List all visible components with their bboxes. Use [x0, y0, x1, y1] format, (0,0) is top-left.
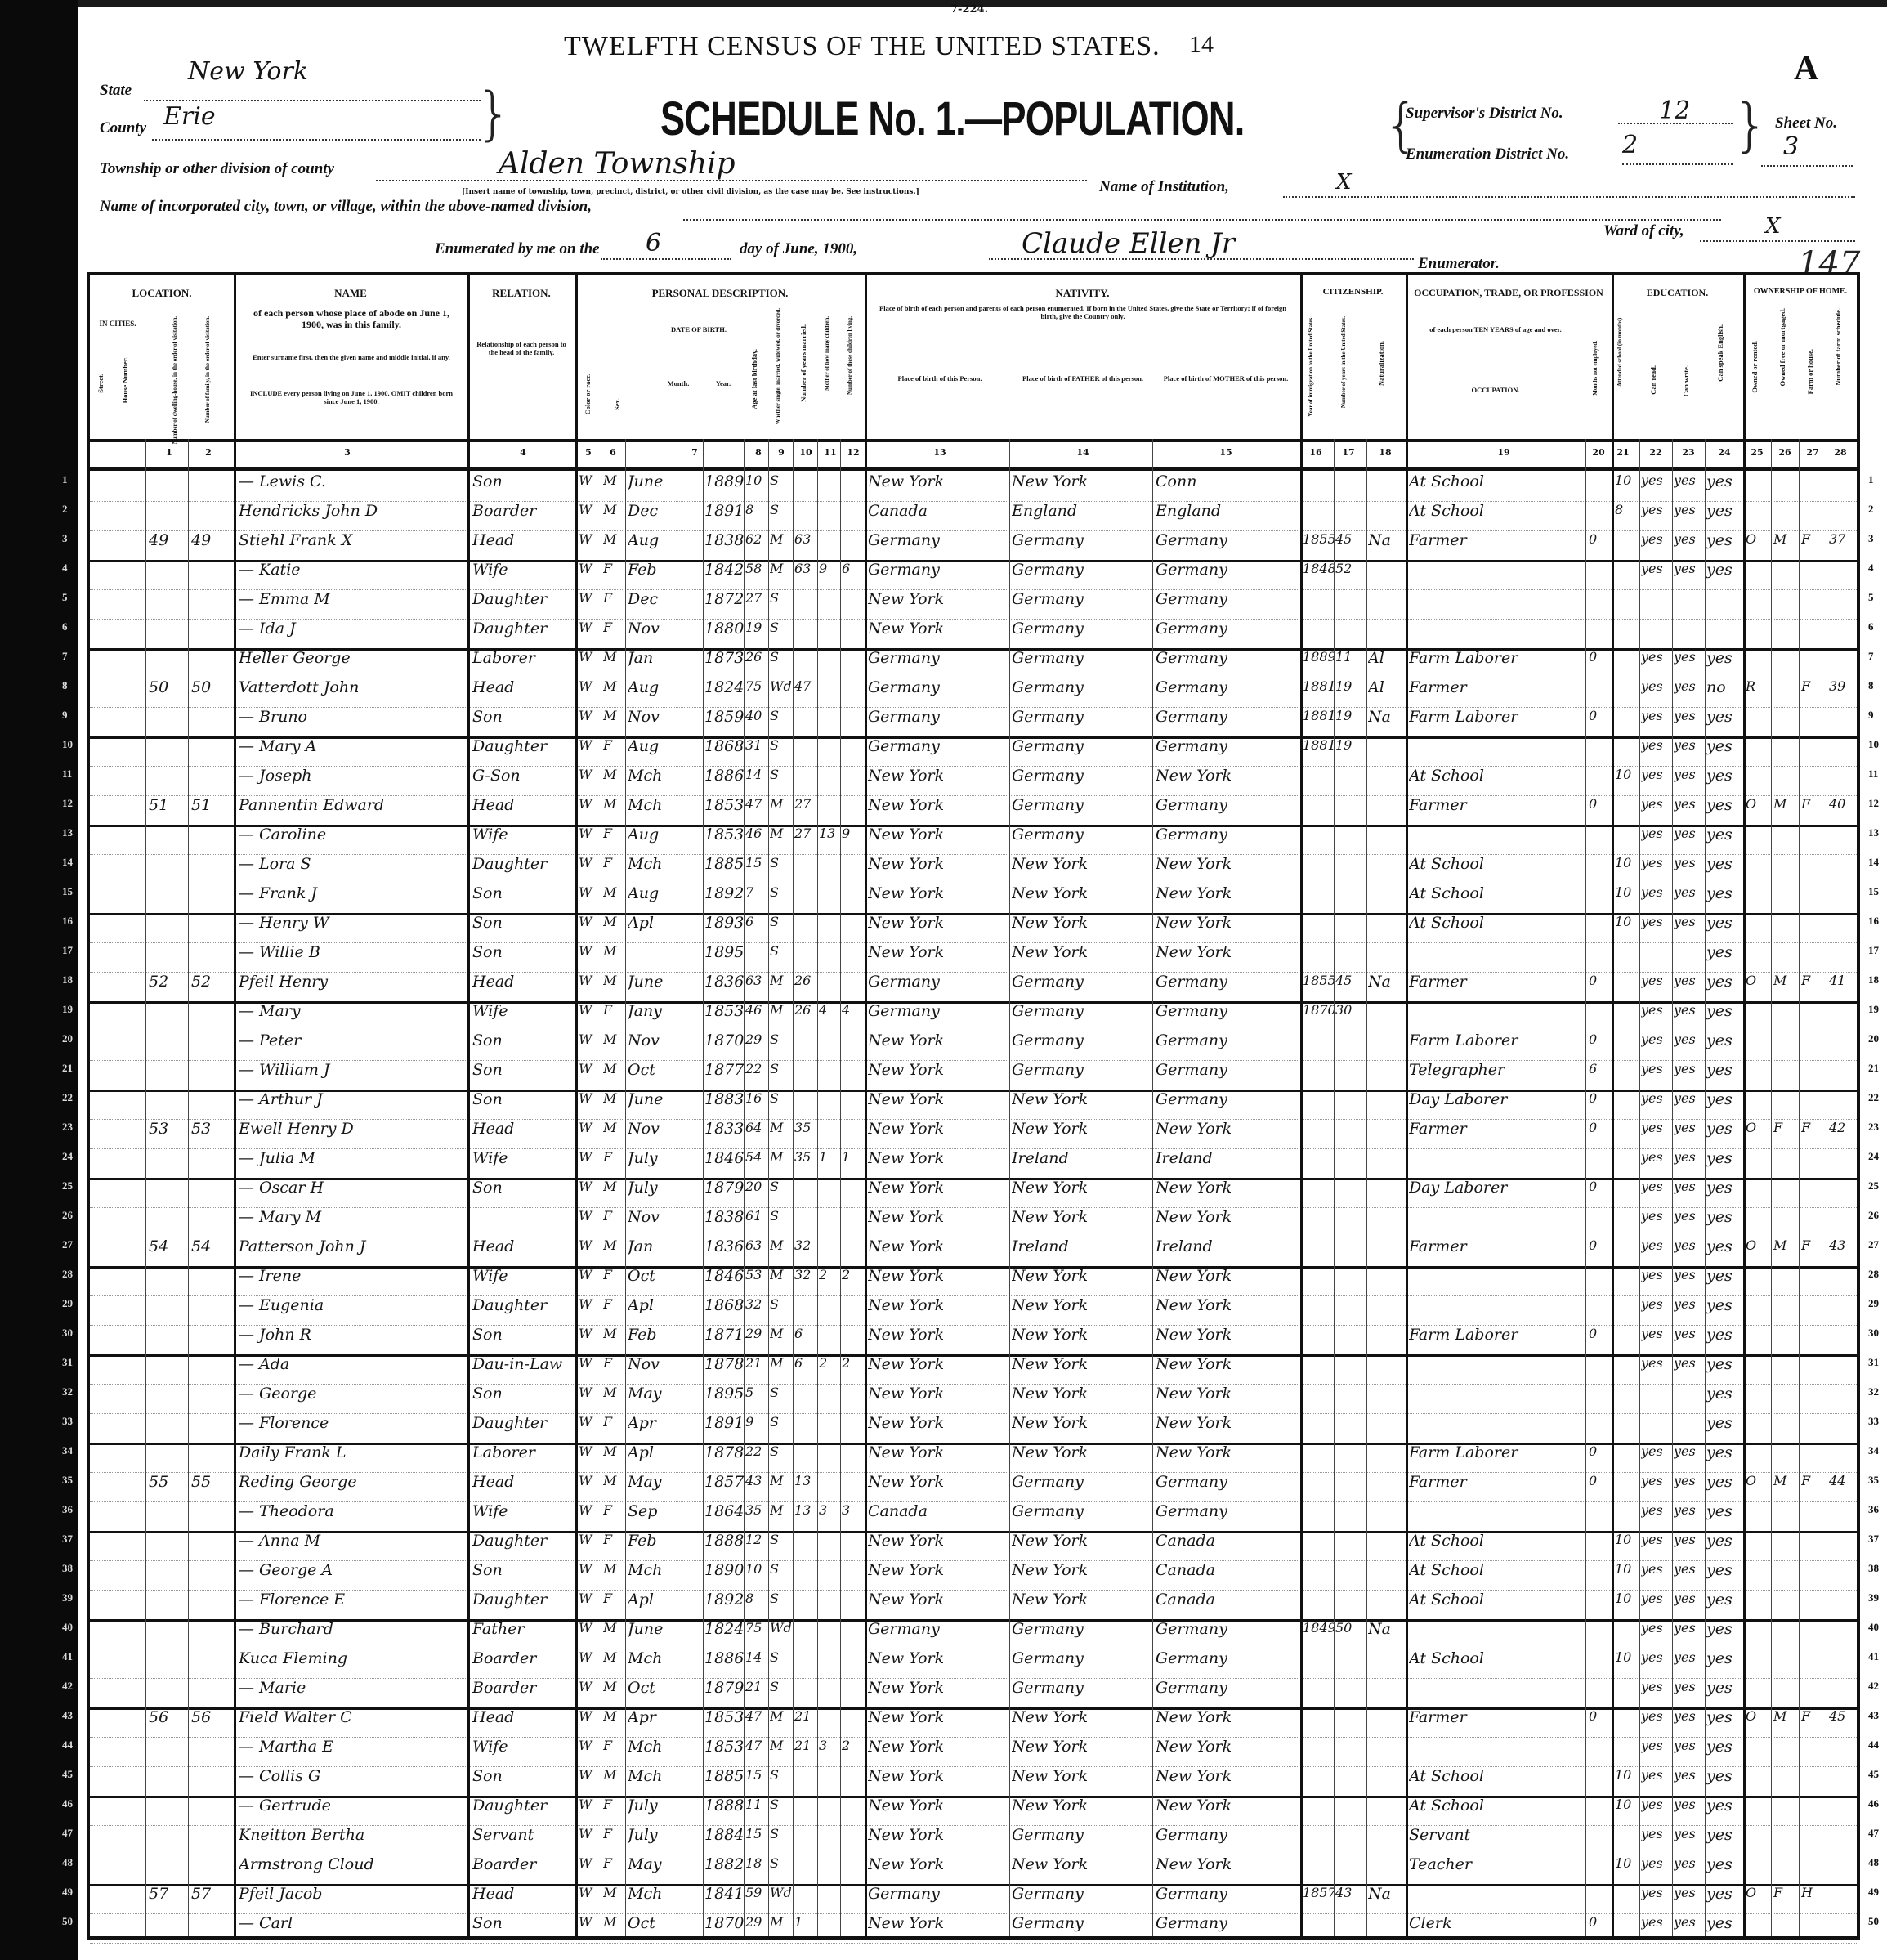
relation: Son — [472, 943, 574, 961]
farm-house: F — [1801, 1237, 1826, 1253]
person-name: — John R — [239, 1326, 466, 1344]
birth-year: 1886 — [704, 767, 744, 785]
col-num: 26 — [1777, 447, 1793, 458]
can-speak-english: yes — [1706, 1473, 1742, 1491]
children-living: 3 — [842, 1502, 863, 1518]
marital-status: S — [770, 1826, 793, 1841]
person-name: Hendricks John D — [239, 502, 466, 520]
line-number-right: 48 — [1868, 1856, 1879, 1869]
can-read: yes — [1641, 1179, 1672, 1194]
sex: M — [603, 678, 624, 694]
birth-year: 1868 — [704, 737, 744, 755]
birthplace-father: New York — [1012, 472, 1151, 490]
table-row: — GeorgeSonWMMay18955SNew YorkNew YorkNe… — [90, 1382, 1857, 1414]
age: 31 — [745, 737, 768, 753]
line-number-right: 39 — [1868, 1591, 1879, 1604]
color: W — [579, 1414, 600, 1430]
institution-label: Name of Institution, — [1099, 178, 1229, 196]
color: W — [579, 1208, 600, 1224]
can-write: yes — [1674, 1826, 1705, 1841]
birthplace-mother: Germany — [1156, 973, 1299, 991]
birth-year: 1891 — [704, 502, 744, 520]
birthplace-person: New York — [868, 1767, 1007, 1785]
age: 10 — [745, 1561, 768, 1577]
years-married: 6 — [794, 1355, 817, 1371]
occupation: Teacher — [1409, 1855, 1584, 1873]
owned-rented: O — [1746, 531, 1770, 547]
free-mortgaged: M — [1773, 973, 1798, 988]
birthplace-mother: Canada — [1156, 1591, 1299, 1609]
table-row: — Ida JDaughterWFNov188019SNew YorkGerma… — [90, 617, 1857, 651]
can-speak-english: yes — [1706, 1620, 1742, 1638]
col-num: 24 — [1716, 447, 1733, 458]
years-married: 35 — [794, 1120, 817, 1135]
marital-status: M — [770, 1267, 793, 1282]
occupation: At School — [1409, 1649, 1584, 1667]
sex: F — [603, 737, 624, 753]
person-name: Kneitton Bertha — [239, 1826, 466, 1844]
occupation: Farm Laborer — [1409, 1443, 1584, 1461]
marital-status: M — [770, 1149, 793, 1165]
person-name: Kuca Fleming — [239, 1649, 466, 1667]
can-write: yes — [1674, 796, 1705, 812]
relation: Head — [472, 1120, 574, 1138]
can-write: yes — [1674, 1443, 1705, 1459]
marital-status: M — [770, 1708, 793, 1724]
sheet-letter: A — [1794, 49, 1818, 88]
hdr-read: Can read. — [1649, 365, 1657, 395]
can-write: yes — [1674, 855, 1705, 870]
birthplace-father: Germany — [1012, 620, 1151, 638]
enumerator-name: Claude Ellen Jr — [1022, 227, 1235, 260]
birthplace-person: New York — [868, 1826, 1007, 1844]
birth-month: Apl — [628, 1443, 701, 1461]
col-num: 13 — [932, 447, 948, 458]
marital-status: S — [770, 708, 793, 723]
table-row: — Collis GSonWMMch188515SNew YorkNew Yor… — [90, 1765, 1857, 1798]
can-read: yes — [1641, 1267, 1672, 1282]
table-row: — Willie BSonWM1895SNew YorkNew YorkNew … — [90, 941, 1857, 973]
birth-month: Aug — [628, 531, 701, 549]
can-write: yes — [1674, 1649, 1705, 1665]
relation: Head — [472, 1885, 574, 1903]
birthplace-mother: Germany — [1156, 1679, 1299, 1697]
table-row: 5353Ewell Henry DHeadWMNov183364M35New Y… — [90, 1117, 1857, 1149]
line-number-right: 15 — [1868, 885, 1879, 898]
children-living: 2 — [842, 1355, 863, 1371]
birthplace-person: New York — [868, 1385, 1007, 1403]
person-name: Reding George — [239, 1473, 466, 1491]
farm-schedule-number: 45 — [1829, 1708, 1857, 1724]
years-married: 32 — [794, 1237, 817, 1253]
can-speak-english: yes — [1706, 1355, 1742, 1373]
farm-house: F — [1801, 531, 1826, 547]
birthplace-person: New York — [868, 1532, 1007, 1550]
relation: Daughter — [472, 1414, 574, 1432]
table-row: — KatieWifeWFFeb184258M6396GermanyGerman… — [90, 558, 1857, 590]
sex: F — [603, 1355, 624, 1371]
birth-month: June — [628, 1090, 701, 1108]
age: 12 — [745, 1532, 768, 1547]
line-number-right: 8 — [1868, 679, 1874, 692]
can-speak-english: yes — [1706, 884, 1742, 902]
color: W — [579, 855, 600, 870]
can-speak-english: yes — [1706, 1031, 1742, 1049]
birth-month: Apl — [628, 1296, 701, 1314]
can-read: yes — [1641, 649, 1672, 665]
relation: Daughter — [472, 855, 574, 873]
occupation: Farm Laborer — [1409, 649, 1584, 667]
occupation: Farmer — [1409, 531, 1584, 549]
years-married: 26 — [794, 973, 817, 988]
relation: Wife — [472, 1149, 574, 1167]
birth-year: 1888 — [704, 1532, 744, 1550]
can-write: yes — [1674, 1090, 1705, 1106]
birthplace-person: New York — [868, 1679, 1007, 1697]
birthplace-person: New York — [868, 826, 1007, 844]
sex: M — [603, 914, 624, 929]
can-write: yes — [1674, 737, 1705, 753]
birth-year: 1836 — [704, 973, 744, 991]
line-number-right: 3 — [1868, 532, 1874, 545]
sex: M — [603, 1090, 624, 1106]
can-speak-english: yes — [1706, 1591, 1742, 1609]
birthplace-father: Germany — [1012, 1502, 1151, 1520]
birthplace-mother: Germany — [1156, 1090, 1299, 1108]
birth-year: 1846 — [704, 1149, 744, 1167]
line-number-left: 15 — [62, 885, 73, 898]
can-speak-english: yes — [1706, 1267, 1742, 1285]
occupation: At School — [1409, 472, 1584, 490]
years-married: 35 — [794, 1149, 817, 1165]
line-number-right: 33 — [1868, 1415, 1879, 1428]
birthplace-mother: New York — [1156, 1179, 1299, 1197]
birth-year: 1836 — [704, 1237, 744, 1255]
dwelling-number: 56 — [149, 1708, 186, 1726]
line-number-left: 49 — [62, 1886, 73, 1899]
color: W — [579, 678, 600, 694]
line-number-right: 40 — [1868, 1621, 1879, 1634]
family-number: 56 — [191, 1708, 232, 1726]
birthplace-mother: Conn — [1156, 472, 1299, 490]
birthplace-father: Germany — [1012, 1649, 1151, 1667]
line-number-left: 24 — [62, 1150, 73, 1163]
birth-year: 1891 — [704, 1414, 744, 1432]
person-name: Pfeil Jacob — [239, 1885, 466, 1903]
relation: Head — [472, 973, 574, 991]
hdr-english: Can speak English. — [1716, 324, 1724, 382]
person-name: — Lora S — [239, 855, 466, 873]
birthplace-person: New York — [868, 914, 1007, 932]
relation: Laborer — [472, 649, 574, 667]
age: 6 — [745, 914, 768, 929]
birthplace-mother: Germany — [1156, 826, 1299, 844]
occupation: At School — [1409, 914, 1584, 932]
relation: Daughter — [472, 1797, 574, 1815]
relation: Wife — [472, 1502, 574, 1520]
school-months: 10 — [1615, 1767, 1639, 1783]
birth-month: Aug — [628, 678, 701, 696]
birth-year: 1859 — [704, 708, 744, 726]
can-write: yes — [1674, 1767, 1705, 1783]
marital-status: S — [770, 1414, 793, 1430]
birthplace-mother: Germany — [1156, 620, 1299, 638]
birthplace-father: New York — [1012, 1767, 1151, 1785]
line-number-right: 47 — [1868, 1827, 1879, 1840]
color: W — [579, 1591, 600, 1606]
can-speak-english: yes — [1706, 1296, 1742, 1314]
divider — [467, 275, 470, 439]
table-row: Armstrong CloudBoarderWFMay188218SNew Yo… — [90, 1853, 1857, 1886]
birthplace-mother: New York — [1156, 1443, 1299, 1461]
sex: M — [603, 1885, 624, 1900]
color: W — [579, 472, 600, 488]
birthplace-father: New York — [1012, 1090, 1151, 1108]
color: W — [579, 1914, 600, 1930]
can-read: yes — [1641, 1797, 1672, 1812]
school-months: 10 — [1615, 884, 1639, 900]
color: W — [579, 1355, 600, 1371]
year-label: Year. — [703, 380, 744, 388]
line-number-right: 9 — [1868, 709, 1874, 722]
table-row: — William JSonWMOct187722SNew YorkGerman… — [90, 1058, 1857, 1092]
table-row: — Florence EDaughterWFApl18928SNew YorkN… — [90, 1588, 1857, 1622]
sheet-line — [1761, 165, 1853, 167]
color: W — [579, 1649, 600, 1665]
table-row: — AdaDau-in-LawWFNov187821M622New YorkNe… — [90, 1353, 1857, 1385]
birth-year: 1838 — [704, 1208, 744, 1226]
line-number-right: 30 — [1868, 1327, 1879, 1340]
family-number: 49 — [191, 531, 232, 549]
birth-year: 1846 — [704, 1267, 744, 1285]
line-number-left: 2 — [62, 503, 68, 516]
birthplace-mother: New York — [1156, 855, 1299, 873]
school-months: 10 — [1615, 1532, 1639, 1547]
birthplace-mother: Germany — [1156, 1914, 1299, 1932]
col-num: 6 — [605, 447, 621, 458]
years-in-us: 50 — [1335, 1620, 1366, 1636]
sex: M — [603, 1326, 624, 1341]
birthplace-father: New York — [1012, 1208, 1151, 1226]
birth-year: 1864 — [704, 1502, 744, 1520]
can-read: yes — [1641, 1149, 1672, 1165]
enumerator-label: Enumerator. — [1418, 255, 1500, 273]
color: W — [579, 1679, 600, 1694]
line-number-left: 8 — [62, 679, 68, 692]
line-number-left: 36 — [62, 1503, 73, 1516]
farm-schedule-number: 43 — [1829, 1237, 1857, 1253]
institution-value: X — [1336, 170, 1352, 195]
line-number-left: 28 — [62, 1268, 73, 1281]
col-num: 17 — [1340, 447, 1357, 458]
line-number-left: 7 — [62, 650, 68, 663]
farm-house: F — [1801, 973, 1826, 988]
birthplace-father: Germany — [1012, 1914, 1151, 1932]
birthplace-person: Germany — [868, 531, 1007, 549]
can-write: yes — [1674, 1149, 1705, 1165]
birthplace-father: New York — [1012, 1179, 1151, 1197]
years-married: 27 — [794, 796, 817, 812]
hdr-family: Number of family, in the order of visita… — [204, 316, 211, 423]
school-months: 10 — [1615, 914, 1639, 929]
person-name: — Burchard — [239, 1620, 466, 1638]
line-number-left: 29 — [62, 1297, 73, 1310]
person-name: — Frank J — [239, 884, 466, 902]
birth-month: Jan — [628, 649, 701, 667]
can-speak-english: yes — [1706, 1385, 1742, 1403]
birth-year: 1885 — [704, 855, 744, 873]
color: W — [579, 1885, 600, 1900]
line-number-right: 38 — [1868, 1562, 1879, 1575]
birthplace-person: Germany — [868, 1620, 1007, 1638]
birthplace-mother: Germany — [1156, 1620, 1299, 1638]
can-read: yes — [1641, 1326, 1672, 1341]
marital-status: S — [770, 767, 793, 782]
can-read: yes — [1641, 1591, 1672, 1606]
table-row: 5454Patterson John JHeadWMJan183663M32Ne… — [90, 1235, 1857, 1269]
sex: M — [603, 708, 624, 723]
line-number-right: 34 — [1868, 1444, 1879, 1457]
col-num: 4 — [511, 447, 535, 458]
table-row: — Anna MDaughterWFFeb188812SNew YorkNew … — [90, 1529, 1857, 1561]
birthplace-person: New York — [868, 1914, 1007, 1932]
color: W — [579, 1326, 600, 1341]
marital-status: M — [770, 973, 793, 988]
birth-month: Mch — [628, 855, 701, 873]
years-married: 32 — [794, 1267, 817, 1282]
line-number-right: 16 — [1868, 915, 1879, 928]
can-write: yes — [1674, 1797, 1705, 1812]
years-married: 27 — [794, 826, 817, 841]
naturalization: Na — [1368, 973, 1404, 991]
birth-year: 1838 — [704, 531, 744, 549]
birthplace-person: New York — [868, 884, 1007, 902]
birthplace-mother: New York — [1156, 943, 1299, 961]
age: 47 — [745, 1708, 768, 1724]
dwelling-number: 51 — [149, 796, 186, 814]
table-row: — Julia MWifeWFJuly184654M3511New YorkIr… — [90, 1147, 1857, 1180]
can-read: yes — [1641, 1237, 1672, 1253]
birthplace-father: New York — [1012, 1267, 1151, 1285]
col-num: 2 — [196, 447, 221, 458]
table-row: 5151Pannentin EdwardHeadWMMch185347M27Ne… — [90, 794, 1857, 827]
birthplace-person: New York — [868, 620, 1007, 638]
col-num: 28 — [1832, 447, 1849, 458]
table-row: — GertrudeDaughterWFJuly188811SNew YorkN… — [90, 1794, 1857, 1826]
can-write: yes — [1674, 1296, 1705, 1312]
sex: M — [603, 767, 624, 782]
line-number-right: 5 — [1868, 591, 1874, 604]
sex: F — [603, 561, 624, 576]
age: 63 — [745, 973, 768, 988]
birthplace-person: New York — [868, 1031, 1007, 1049]
hdr-street: Street. — [96, 374, 105, 393]
age: 32 — [745, 1296, 768, 1312]
county-value: Erie — [163, 102, 216, 131]
years-married: 47 — [794, 678, 817, 694]
age: 29 — [745, 1031, 768, 1047]
birthplace-father: New York — [1012, 943, 1151, 961]
brace-right: } — [1733, 92, 1769, 159]
immigration-year: 1855 — [1303, 531, 1334, 547]
birthplace-person: New York — [868, 1296, 1007, 1314]
table-row: — Arthur JSonWMJune188316SNew YorkNew Yo… — [90, 1088, 1857, 1120]
person-name: Pfeil Henry — [239, 973, 466, 991]
birthplace-father: Germany — [1012, 1885, 1151, 1903]
line-number-left: 19 — [62, 1003, 73, 1016]
birth-year: 1886 — [704, 1649, 744, 1667]
farm-house: F — [1801, 1120, 1826, 1135]
birthplace-mother: New York — [1156, 914, 1299, 932]
line-number-right: 36 — [1868, 1503, 1879, 1516]
birthplace-person: New York — [868, 1797, 1007, 1815]
school-months: 10 — [1615, 855, 1639, 870]
family-number: 55 — [191, 1473, 232, 1491]
age: 29 — [745, 1914, 768, 1930]
institution-line — [1283, 196, 1855, 198]
person-name: Ewell Henry D — [239, 1120, 466, 1138]
can-write: yes — [1674, 1679, 1705, 1694]
color: W — [579, 826, 600, 841]
can-speak-english: yes — [1706, 531, 1742, 549]
line-number-left: 20 — [62, 1032, 73, 1045]
color: W — [579, 1443, 600, 1459]
can-speak-english: yes — [1706, 767, 1742, 785]
sex: M — [603, 531, 624, 547]
marital-status: M — [770, 1355, 793, 1371]
hdr-mother-of: Mother of how many children. — [824, 316, 830, 391]
months-unemployed: 0 — [1589, 708, 1610, 723]
relation: Daughter — [472, 1296, 574, 1314]
person-name: — Florence — [239, 1414, 466, 1432]
person-name: — Carl — [239, 1914, 466, 1932]
line-number-right: 29 — [1868, 1297, 1879, 1310]
line-number-right: 17 — [1868, 944, 1879, 957]
color: W — [579, 737, 600, 753]
table-row: Heller GeorgeLaborerWMJan187326SGermanyG… — [90, 647, 1857, 678]
birth-month: June — [628, 472, 701, 490]
col-num: 18 — [1377, 447, 1393, 458]
col-num: 15 — [1218, 447, 1234, 458]
birthplace-father: Germany — [1012, 737, 1151, 755]
sheet-value: 3 — [1783, 132, 1799, 161]
name-include: INCLUDE every person living on June 1, 1… — [245, 390, 458, 406]
group-location: LOCATION. — [90, 287, 234, 300]
marital-status: M — [770, 1326, 793, 1341]
birth-month: Nov — [628, 620, 701, 638]
can-read: yes — [1641, 502, 1672, 517]
relation: Head — [472, 1237, 574, 1255]
birth-year: 1895 — [704, 1385, 744, 1403]
immigration-year: 1849 — [1303, 1620, 1334, 1636]
can-read: yes — [1641, 1738, 1672, 1753]
family-number: 54 — [191, 1237, 232, 1255]
person-name: — Willie B — [239, 943, 466, 961]
birth-year: 1878 — [704, 1355, 744, 1373]
relation: Son — [472, 1561, 574, 1579]
divider — [1406, 275, 1408, 439]
birthplace-mother: Germany — [1156, 1002, 1299, 1020]
sex: M — [603, 796, 624, 812]
person-name: — Anna M — [239, 1532, 466, 1550]
table-row: — Lewis C.SonWMJune188910SNew YorkNew Yo… — [90, 470, 1857, 502]
hdr-naturalization: Naturalization. — [1377, 341, 1385, 386]
color: W — [579, 1120, 600, 1135]
birthplace-person: Germany — [868, 561, 1007, 579]
can-read: yes — [1641, 1855, 1672, 1871]
months-unemployed: 0 — [1589, 1914, 1610, 1930]
can-write: yes — [1674, 1914, 1705, 1930]
